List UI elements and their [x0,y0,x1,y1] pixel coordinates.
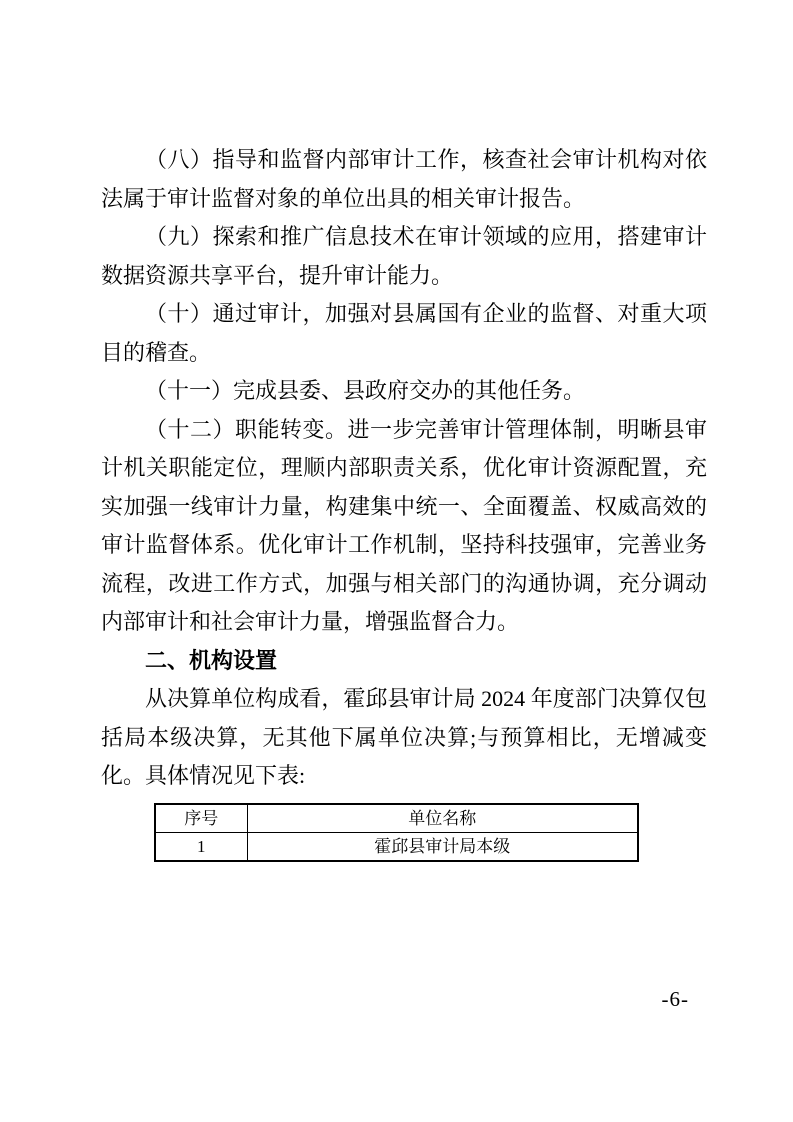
document-page: （八）指导和监督内部审计工作，核查社会审计机构对依法属于审计监督对象的单位出具的… [0,0,793,1122]
paragraph-duty-12: （十二）职能转变。进一步完善审计管理体制，明晰县审计机关职能定位，理顺内部职责关… [101,411,707,642]
paragraph-duty-9: （九）探索和推广信息技术在审计领域的应用，搭建审计数据资源共享平台，提升审计能力… [101,218,707,295]
paragraph-duty-10: （十）通过审计，加强对县属国有企业的监督、对重大项目的稽查。 [101,295,707,372]
page-number: -6- [662,987,690,1011]
section-heading-organization: 二、机构设置 [101,642,707,681]
table-header-row: 序号 单位名称 [155,804,638,833]
unit-list-table: 序号 单位名称 1 霍邱县审计局本级 [154,803,639,862]
document-body: （八）指导和监督内部审计工作，核查社会审计机构对依法属于审计监督对象的单位出具的… [101,141,707,862]
table-cell-unit-name: 霍邱县审计局本级 [247,832,638,861]
table-cell-index: 1 [155,832,247,861]
table-row: 1 霍邱县审计局本级 [155,832,638,861]
paragraph-duty-8: （八）指导和监督内部审计工作，核查社会审计机构对依法属于审计监督对象的单位出具的… [101,141,707,218]
paragraph-duty-11: （十一）完成县委、县政府交办的其他任务。 [101,372,707,411]
paragraph-organization-overview: 从决算单位构成看，霍邱县审计局 2024 年度部门决算仅包括局本级决算，无其他下… [101,680,707,796]
table-header-unit-name: 单位名称 [247,804,638,833]
table-header-index: 序号 [155,804,247,833]
